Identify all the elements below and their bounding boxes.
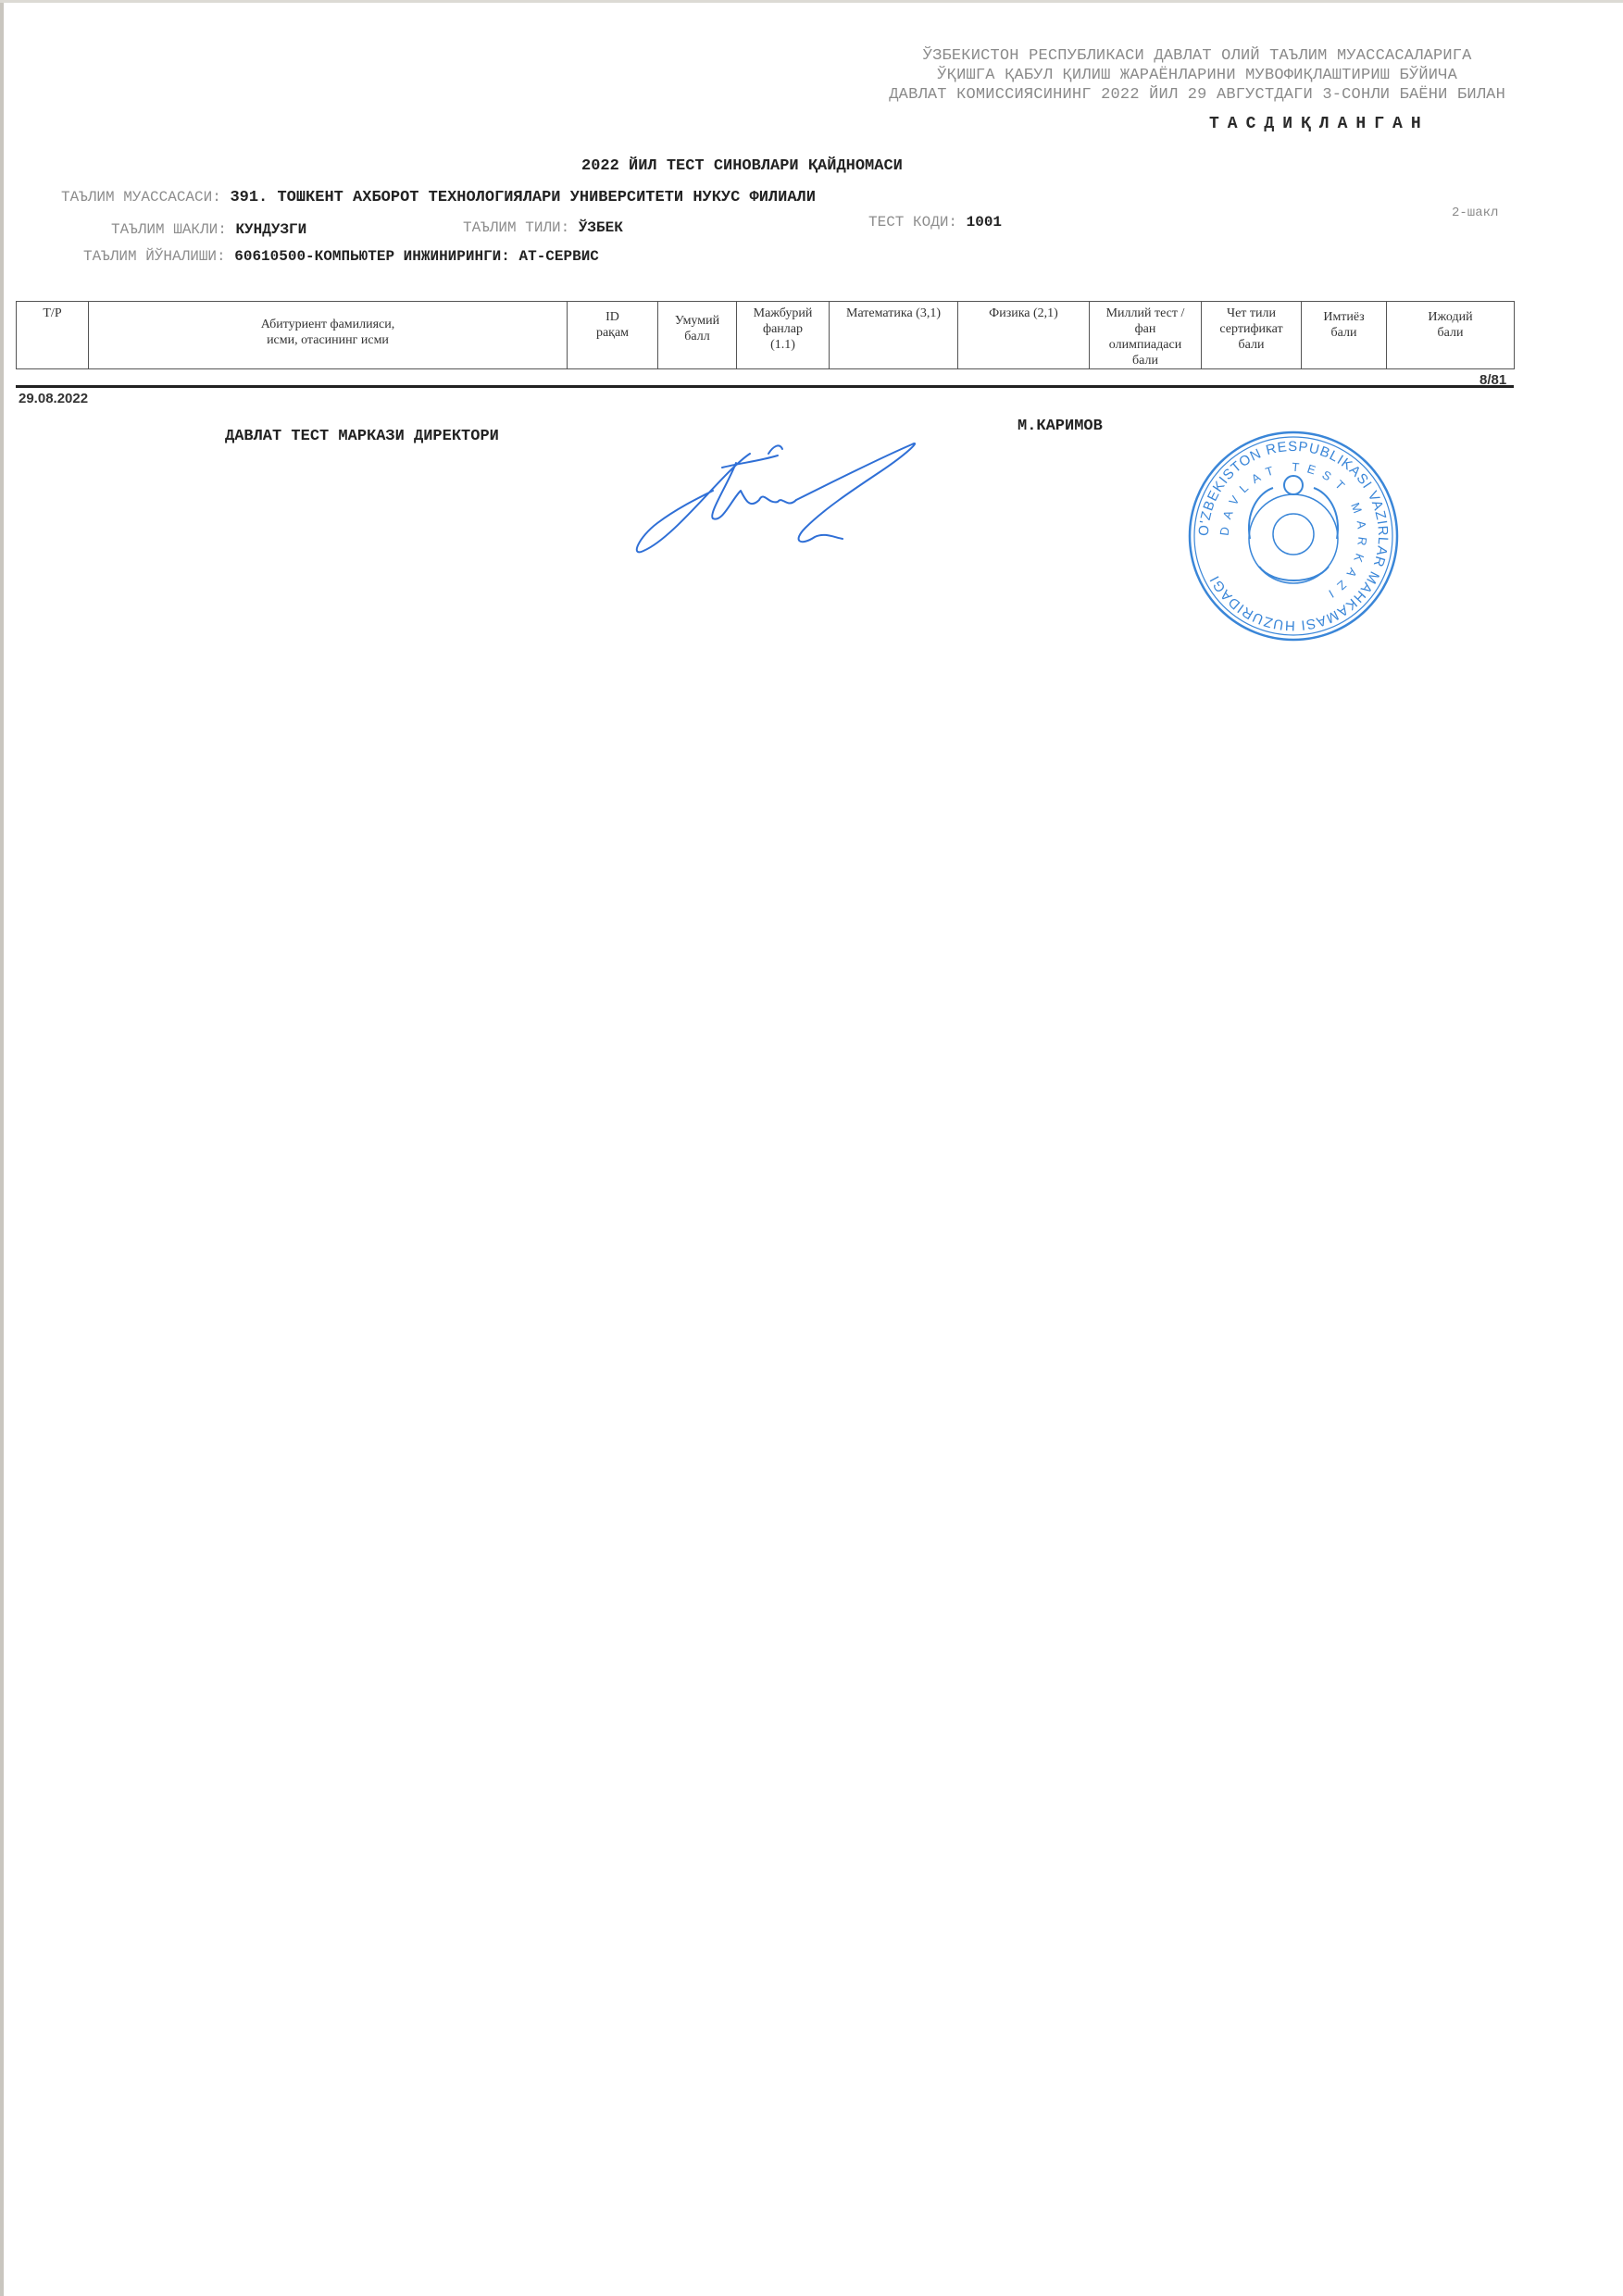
print-date: 29.08.2022 bbox=[19, 391, 88, 406]
column-header-line: фан bbox=[1092, 321, 1198, 337]
study-language-label: ТАЪЛИМ ТИЛИ: bbox=[463, 219, 569, 236]
document-title: 2022 ЙИЛ ТЕСТ СИНОВЛАРИ ҚАЙДНОМАСИ bbox=[581, 157, 903, 175]
column-header-line: Физика (2,1) bbox=[961, 306, 1086, 321]
approval-line: ЎЗБЕКИСТОН РЕСПУБЛИКАСИ ДАВЛАТ ОЛИЙ ТАЪЛ… bbox=[889, 46, 1505, 66]
column-header-line: Математика (3,1) bbox=[832, 306, 955, 321]
test-code-label: ТЕСТ КОДИ: bbox=[868, 214, 957, 231]
table-body bbox=[17, 369, 1515, 381]
study-language-line: ТАЪЛИМ ТИЛИ: ЎЗБЕК bbox=[463, 219, 623, 236]
column-header-line: фанлар bbox=[740, 321, 826, 337]
approval-line: ДАВЛАТ КОМИССИЯСИНИНГ 2022 ЙИЛ 29 АВГУСТ… bbox=[889, 85, 1505, 105]
column-header: Умумийбалл bbox=[658, 302, 737, 369]
scores-table: Т/РАбитуриент фамилияси,исми, отасининг … bbox=[16, 301, 1515, 381]
column-header-line: Имтиёз bbox=[1305, 309, 1383, 325]
study-form-value: КУНДУЗГИ bbox=[235, 221, 306, 238]
direction-value: 60610500-КОМПЬЮТЕР ИНЖИНИРИНГИ: АТ-СЕРВИ… bbox=[234, 248, 599, 265]
institution-label: ТАЪЛИМ МУАССАСАСИ: bbox=[61, 189, 221, 206]
study-language-value: ЎЗБЕК bbox=[579, 219, 623, 236]
column-header-line: бали bbox=[1305, 325, 1383, 341]
column-header-line: рақам bbox=[570, 325, 655, 341]
scan-edge-left bbox=[0, 0, 4, 2296]
test-code-line: ТЕСТ КОДИ: 1001 bbox=[868, 214, 1002, 231]
column-header-line: Миллий тест / bbox=[1092, 306, 1198, 321]
official-seal: O'ZBEKISTON RESPUBLIKASI VAZIRLAR MAHKAM… bbox=[1185, 428, 1402, 644]
column-header-line: Мажбурий bbox=[740, 306, 826, 321]
scan-edge-top bbox=[0, 0, 1623, 3]
column-header-line: бали bbox=[1390, 325, 1511, 341]
column-header-line: исми, отасининг исми bbox=[92, 332, 564, 348]
column-header: Т/Р bbox=[17, 302, 89, 369]
column-header: Физика (2,1) bbox=[958, 302, 1090, 369]
column-header-line: бали bbox=[1205, 337, 1298, 353]
column-header-line: балл bbox=[661, 329, 733, 344]
column-header: Чет тилисертификатбали bbox=[1202, 302, 1302, 369]
study-form-label: ТАЪЛИМ ШАКЛИ: bbox=[111, 221, 227, 238]
direction-line: ТАЪЛИМ ЙЎНАЛИШИ: 60610500-КОМПЬЮТЕР ИНЖИ… bbox=[83, 248, 599, 265]
table-header-row: Т/РАбитуриент фамилияси,исми, отасининг … bbox=[17, 302, 1515, 369]
approved-label: ТАСДИҚЛАНГАН bbox=[1209, 115, 1429, 133]
direction-label: ТАЪЛИМ ЙЎНАЛИШИ: bbox=[83, 248, 226, 265]
column-header-line: Т/Р bbox=[19, 306, 85, 321]
column-header: Мажбурийфанлар(1.1) bbox=[737, 302, 830, 369]
signatory-name: М.КАРИМОВ bbox=[1017, 418, 1103, 435]
column-header-line: Чет тили bbox=[1205, 306, 1298, 321]
approval-header: ЎЗБЕКИСТОН РЕСПУБЛИКАСИ ДАВЛАТ ОЛИЙ ТАЪЛ… bbox=[889, 46, 1505, 105]
approval-line: ЎҚИШГА ҚАБУЛ ҚИЛИШ ЖАРАЁНЛАРИНИ МУВОФИҚЛ… bbox=[889, 66, 1505, 85]
institution-line: ТАЪЛИМ МУАССАСАСИ: 391. ТОШКЕНТ АХБОРОТ … bbox=[61, 189, 816, 206]
institution-value: 391. ТОШКЕНТ АХБОРОТ ТЕХНОЛОГИЯЛАРИ УНИВ… bbox=[230, 189, 816, 206]
column-header-line: (1.1) bbox=[740, 337, 826, 353]
column-header-line: ID bbox=[570, 309, 655, 325]
column-header-line: олимпиадаси bbox=[1092, 337, 1198, 353]
column-header: IDрақам bbox=[568, 302, 658, 369]
column-header: Абитуриент фамилияси,исми, отасининг исм… bbox=[89, 302, 568, 369]
column-header-line: сертификат bbox=[1205, 321, 1298, 337]
column-header-line: Абитуриент фамилияси, bbox=[92, 317, 564, 332]
signatory-position: ДАВЛАТ ТЕСТ МАРКАЗИ ДИРЕКТОРИ bbox=[225, 428, 499, 445]
column-header: Имтиёзбали bbox=[1302, 302, 1387, 369]
column-header-line: Умумий bbox=[661, 313, 733, 329]
column-header: Ижодийбали bbox=[1387, 302, 1515, 369]
form-number: 2-шакл bbox=[1452, 206, 1498, 220]
table-bottom-rule bbox=[16, 385, 1514, 388]
column-header: Математика (3,1) bbox=[830, 302, 958, 369]
study-form-line: ТАЪЛИМ ШАКЛИ: КУНДУЗГИ bbox=[111, 221, 306, 238]
column-header-line: бали bbox=[1092, 353, 1198, 368]
test-code-value: 1001 bbox=[967, 214, 1002, 231]
page-counter: 8/81 bbox=[1479, 372, 1506, 388]
handwritten-signature bbox=[620, 435, 926, 565]
column-header: Миллий тест /фанолимпиадасибали bbox=[1090, 302, 1202, 369]
column-header-line: Ижодий bbox=[1390, 309, 1511, 325]
